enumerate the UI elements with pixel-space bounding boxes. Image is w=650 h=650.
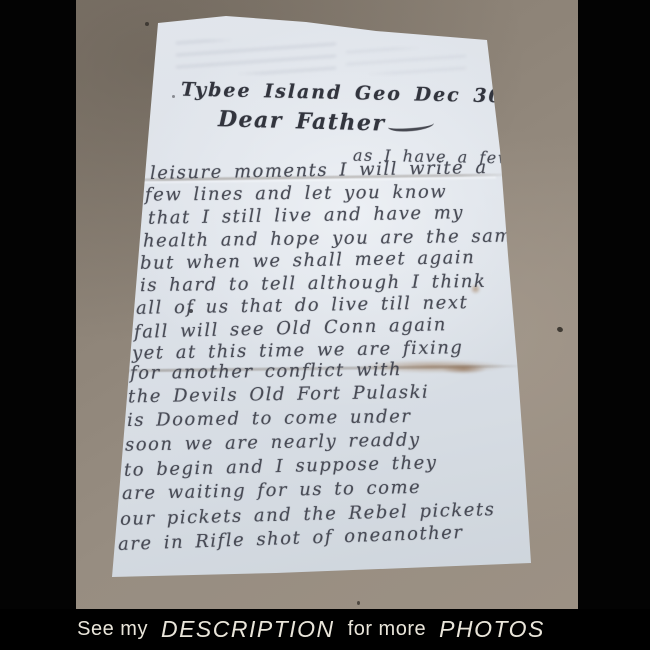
letter-body-line: the Devils Old Fort Pulaski [128,383,429,408]
seller-banner: See my DESCRIPTION for more PHOTOS [0,609,650,650]
auction-photo-frame: Tybee Island Geo Dec 30th 1861 Dear Fath… [0,0,650,650]
banner-text-segment: PHOTOS [439,616,545,643]
banner-text-segment: See my [77,618,148,641]
letter-paper: Tybee Island Geo Dec 30th 1861 Dear Fath… [76,0,578,609]
letter-body-line: are waiting for us to come [122,478,422,504]
letter-body-line: is Doomed to come under [127,407,412,431]
ink-blot [172,95,175,98]
letter-salutation: Dear Father [218,109,434,135]
letter-body-line: few lines and let you know [145,182,447,205]
dust-speck [145,22,149,26]
letter-body-line: soon we are nearly readdy [125,430,421,455]
letter-body-line: that I still live and have my [148,203,464,229]
ink-showthrough [176,40,336,74]
ink-showthrough [346,48,466,74]
letter-salutation-text: Dear Father [218,106,386,136]
pen-flourish [387,118,433,132]
dust-speck [556,326,563,333]
banner-text-segment: DESCRIPTION [161,616,335,643]
dust-speck [357,601,360,605]
letter-body-line: for another conflict with [130,360,402,384]
letter-heading: Tybee Island Geo Dec 30th 1861 [181,80,604,109]
age-stain [406,6,476,32]
age-stain [441,364,487,374]
photo-background: Tybee Island Geo Dec 30th 1861 Dear Fath… [76,0,578,609]
letter-body-line: leisure moments I will write a [150,158,488,184]
banner-text-segment: for more [348,618,426,641]
letter-body-line: but when we shall meet again [140,248,476,274]
